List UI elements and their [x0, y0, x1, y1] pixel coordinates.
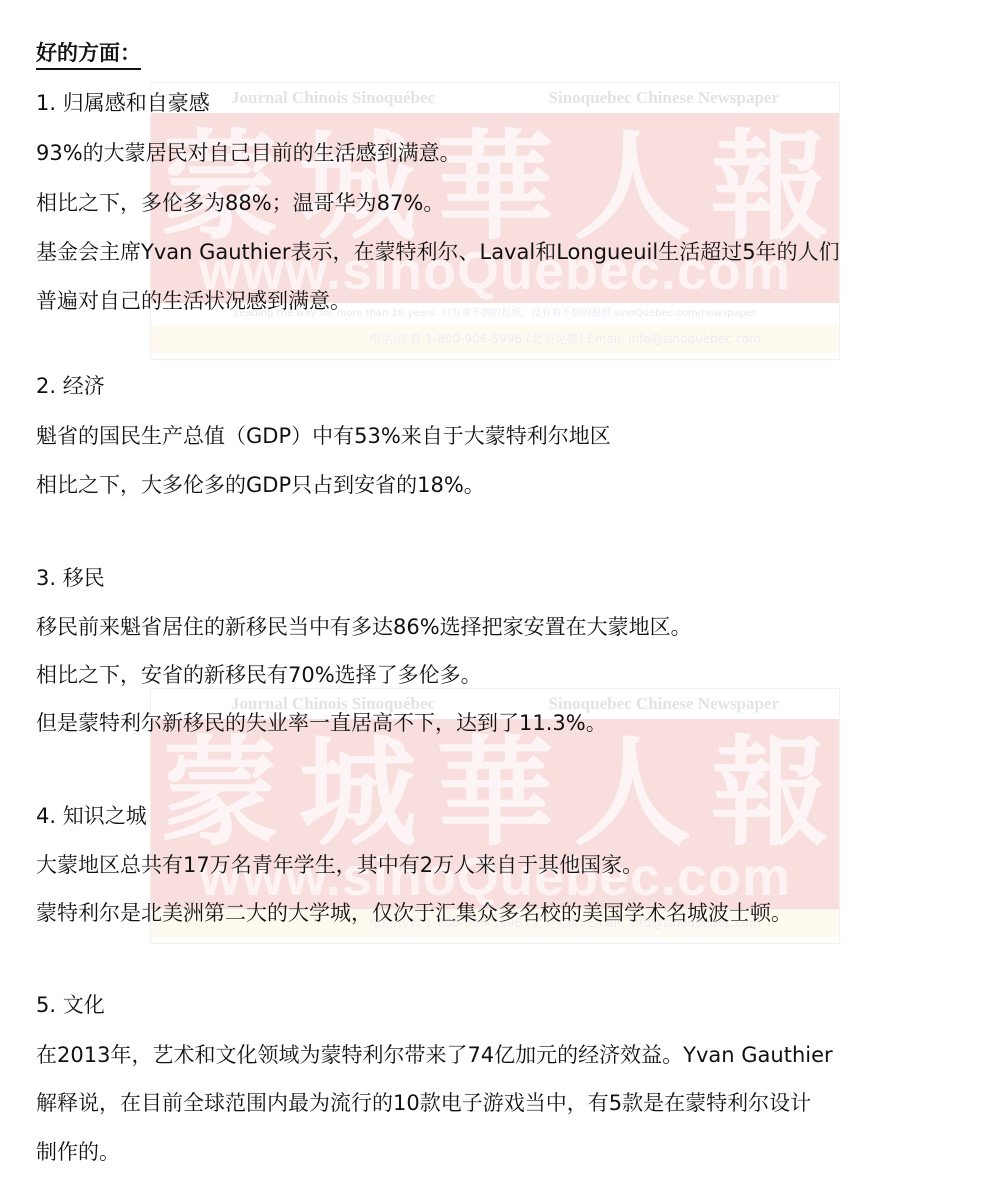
paragraph-line: 大蒙地区总共有17万名青年学生，其中有2万人来自于其他国家。	[36, 850, 643, 880]
watermark-band: 蒙 城 華 人 報 www.sinoQuebec.com	[151, 719, 839, 909]
section-title-knowledge-city: 4. 知识之城	[36, 801, 147, 831]
watermark-char: 蒙	[161, 723, 279, 863]
paragraph-line: 相比之下，安省的新移民有70%选择了多伦多。	[36, 660, 482, 690]
watermark-char: 人	[573, 117, 691, 257]
watermark-logo-chars: 蒙 城 華 人 報	[161, 723, 829, 863]
section-title-economy: 2. 经济	[36, 371, 105, 401]
section-title-immigration: 3. 移民	[36, 563, 105, 593]
paragraph-line: 相比之下，多伦多为88%；温哥华为87%。	[36, 188, 444, 218]
paragraph-line: 魁省的国民生产总值（GDP）中有53%来自于大蒙特利尔地区	[36, 421, 611, 451]
paragraph-line: 普遍对自己的生活状况感到满意。	[36, 286, 351, 316]
paragraph-line: 蒙特利尔是北美洲第二大的大学城，仅次于汇集众多名校的美国学术名城波士顿。	[36, 898, 792, 928]
section-title-belonging: 1. 归属感和自豪感	[36, 88, 210, 118]
watermark-header-right: Sinoquebec Chinese Newspaper	[549, 88, 779, 108]
watermark-contact: 电话/传真 1-800-906-5996 (北美免费) Email: info@…	[151, 325, 839, 353]
paragraph-line: 解释说，在目前全球范围内最为流行的10款电子游戏当中，有5款是在蒙特利尔设计	[36, 1088, 811, 1118]
section-heading: 好的方面：	[36, 38, 141, 70]
paragraph-line: 相比之下，大多伦多的GDP只占到安省的18%。	[36, 470, 485, 500]
paragraph-line: 移民前来魁省居住的新移民当中有多达86%选择把家安置在大蒙地区。	[36, 612, 692, 642]
watermark-char: 城	[298, 723, 416, 863]
watermark-char: 華	[436, 723, 554, 863]
watermark-header-left: Journal Chinois Sinoquébec	[231, 88, 435, 108]
paragraph-line: 93%的大蒙居民对自己目前的生活感到满意。	[36, 138, 461, 168]
section-title-culture: 5. 文化	[36, 990, 105, 1020]
watermark-char: 報	[711, 117, 829, 257]
paragraph-line: 制作的。	[36, 1137, 120, 1167]
newspaper-watermark-top: Journal Chinois Sinoquébec Sinoquebec Ch…	[150, 82, 840, 360]
watermark-header: Journal Chinois Sinoquébec Sinoquebec Ch…	[151, 83, 839, 113]
watermark-char: 報	[711, 723, 829, 863]
paragraph-line: 在2013年，艺术和文化领域为蒙特利尔带来了74亿加元的经济效益。Yvan Ga…	[36, 1040, 833, 1070]
watermark-char: 人	[573, 723, 691, 863]
paragraph-line: 但是蒙特利尔新移民的失业率一直居高不下，达到了11.3%。	[36, 708, 607, 738]
paragraph-line: 基金会主席Yvan Gauthier表示，在蒙特利尔、Laval和Longueu…	[36, 237, 840, 267]
